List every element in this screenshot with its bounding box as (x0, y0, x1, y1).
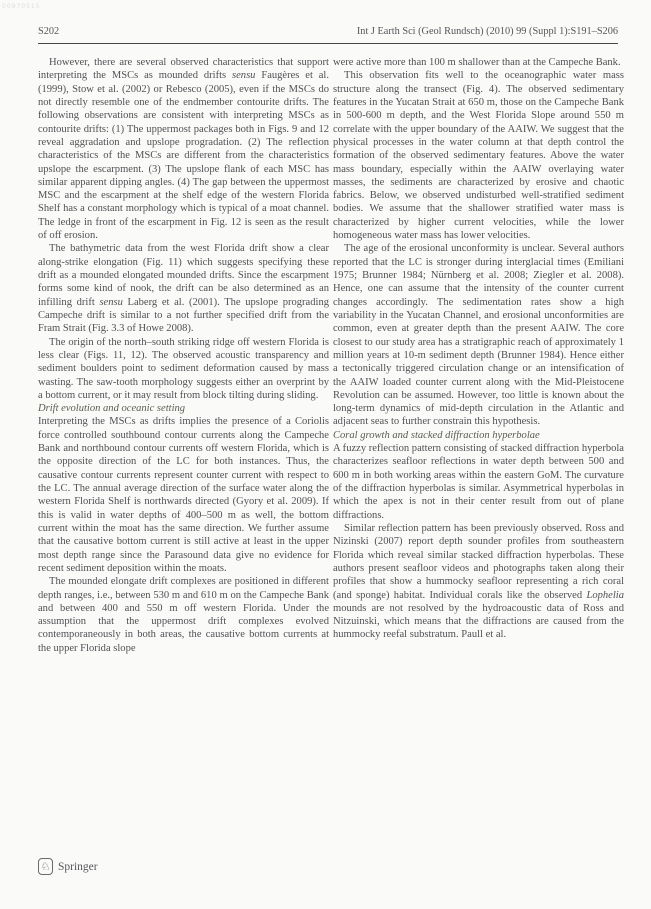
section-heading-coral-growth: Coral growth and stacked diffraction hyp… (333, 429, 624, 442)
running-header: S202 Int J Earth Sci (Geol Rundsch) (201… (38, 26, 618, 37)
right-column: were active more than 100 m shallower th… (333, 56, 624, 642)
paragraph: This observation fits well to the oceano… (333, 69, 624, 242)
springer-knight-icon: ♘ (38, 858, 53, 875)
paragraph: The bathymetric data from the west Flori… (38, 242, 329, 335)
paragraph: The origin of the north–south striking r… (38, 336, 329, 403)
publisher-footer: ♘ Springer (38, 858, 98, 875)
section-heading-drift-evolution: Drift evolution and oceanic setting (38, 402, 329, 415)
paragraph: were active more than 100 m shallower th… (333, 56, 624, 69)
paragraph: A fuzzy reflection pattern consisting of… (333, 442, 624, 522)
paragraph: The mounded elongate drift complexes are… (38, 575, 329, 655)
journal-citation: Int J Earth Sci (Geol Rundsch) (2010) 99… (357, 26, 618, 37)
left-column: However, there are several observed char… (38, 56, 329, 655)
scan-watermark: 00970515 (2, 3, 41, 10)
paragraph: The age of the erosional unconformity is… (333, 242, 624, 428)
page-number: S202 (38, 26, 59, 37)
publisher-name: Springer (58, 861, 98, 873)
paragraph: However, there are several observed char… (38, 56, 329, 242)
paragraph: Interpreting the MSCs as drifts implies … (38, 415, 329, 575)
paragraph: Similar reflection pattern has been prev… (333, 522, 624, 642)
header-rule (38, 43, 618, 44)
journal-page: 00970515 S202 Int J Earth Sci (Geol Rund… (0, 0, 651, 909)
